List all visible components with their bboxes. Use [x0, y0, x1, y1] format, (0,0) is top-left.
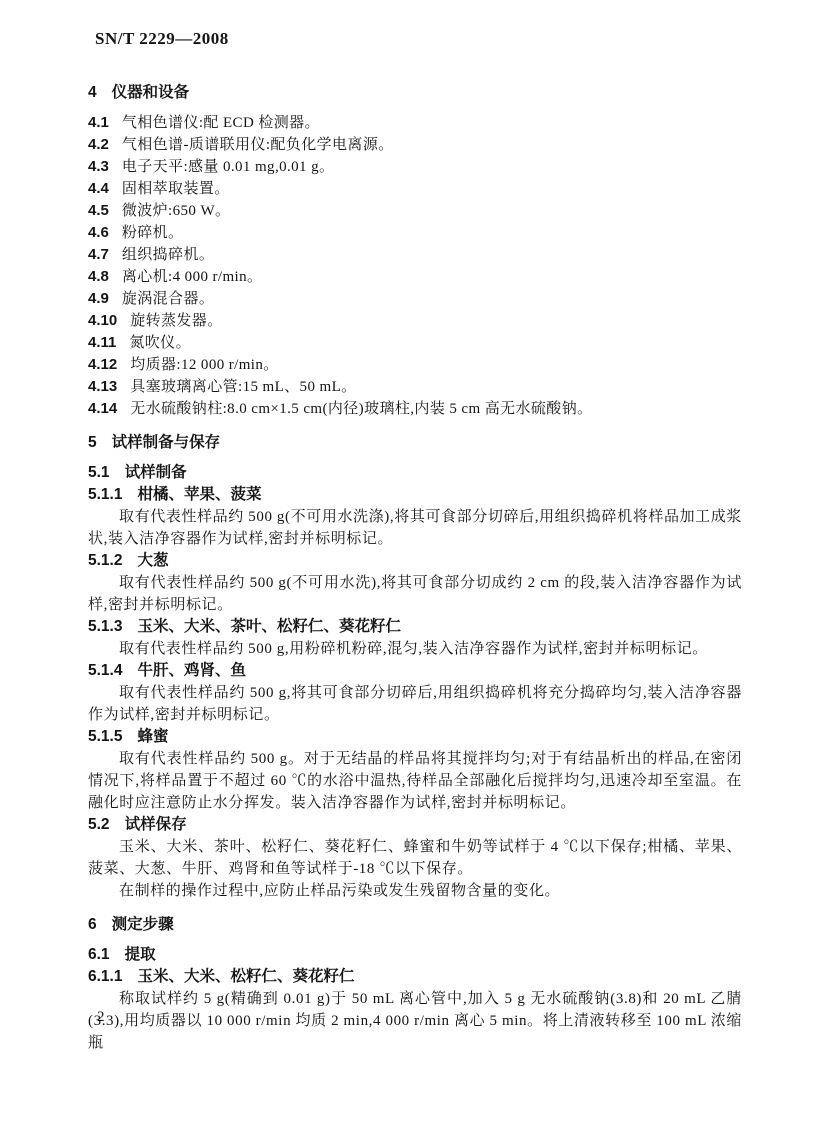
section-5-1-1-paragraph: 取有代表性样品约 500 g(不可用水洗涤),将其可食部分切碎后,用组织捣碎机将… [88, 506, 742, 550]
clause-4-3: 4.3电子天平:感量 0.01 mg,0.01 g。 [88, 156, 742, 178]
clause-4-4-text: 固相萃取装置。 [122, 181, 230, 197]
clause-4-8: 4.8离心机:4 000 r/min。 [88, 266, 742, 288]
clause-4-3-text: 电子天平:感量 0.01 mg,0.01 g。 [122, 159, 335, 175]
clause-4-10: 4.10旋转蒸发器。 [88, 310, 742, 332]
section-5-1-4-title: 牛肝、鸡肾、鱼 [137, 662, 246, 679]
section-5-1-3-title: 玉米、大米、茶叶、松籽仁、葵花籽仁 [137, 618, 401, 635]
section-5-1-3-heading: 5.1.3玉米、大米、茶叶、松籽仁、葵花籽仁 [88, 616, 742, 638]
clause-4-10-text: 旋转蒸发器。 [130, 313, 222, 329]
page-number: 2 [97, 1006, 105, 1028]
section-5-1-3-number: 5.1.3 [88, 618, 122, 635]
clause-4-13-number: 4.13 [88, 378, 117, 395]
section-5-1-1-heading: 5.1.1柑橘、苹果、菠菜 [88, 484, 742, 506]
clause-4-6-number: 4.6 [88, 224, 109, 241]
clause-4-14-text: 无水硫酸钠柱:8.0 cm×1.5 cm(内径)玻璃柱,内装 5 cm 高无水硫… [130, 401, 592, 417]
clause-4-14-number: 4.14 [88, 400, 117, 417]
section-5-heading: 5试样制备与保存 [88, 432, 742, 454]
section-5-1-4-paragraph: 取有代表性样品约 500 g,将其可食部分切碎后,用组织捣碎机将充分捣碎均匀,装… [88, 682, 742, 726]
page-content: SN/T 2229—2008 4仪器和设备 4.1气相色谱仪:配 ECD 检测器… [88, 28, 742, 1054]
clause-4-9: 4.9旋涡混合器。 [88, 288, 742, 310]
section-5-1-4-number: 5.1.4 [88, 662, 122, 679]
section-5-1-number: 5.1 [88, 464, 110, 481]
section-5-1-heading: 5.1试样制备 [88, 462, 742, 484]
clause-4-9-text: 旋涡混合器。 [122, 291, 214, 307]
clause-4-1: 4.1气相色谱仪:配 ECD 检测器。 [88, 112, 742, 134]
doc-number-header: SN/T 2229—2008 [88, 28, 742, 50]
clause-4-6-text: 粉碎机。 [122, 225, 184, 241]
section-5-2-heading: 5.2试样保存 [88, 814, 742, 836]
section-5-1-2-paragraph: 取有代表性样品约 500 g(不可用水洗),将其可食部分切成约 2 cm 的段,… [88, 572, 742, 616]
document-page: SN/T 2229—2008 4仪器和设备 4.1气相色谱仪:配 ECD 检测器… [0, 0, 826, 1122]
section-5-1-5-title: 蜂蜜 [137, 728, 168, 745]
clause-4-11-number: 4.11 [88, 334, 116, 351]
section-5-1-4-heading: 5.1.4牛肝、鸡肾、鱼 [88, 660, 742, 682]
section-5-1-5-number: 5.1.5 [88, 728, 122, 745]
section-6-1-1-heading: 6.1.1玉米、大米、松籽仁、葵花籽仁 [88, 966, 742, 988]
section-6-number: 6 [88, 916, 97, 933]
section-5-number: 5 [88, 434, 97, 451]
clause-4-14: 4.14无水硫酸钠柱:8.0 cm×1.5 cm(内径)玻璃柱,内装 5 cm … [88, 398, 742, 420]
section-5-1-2-number: 5.1.2 [88, 552, 122, 569]
section-5-1-1-number: 5.1.1 [88, 486, 122, 503]
clause-4-12-text: 均质器:12 000 r/min。 [130, 357, 278, 373]
section-5-1-2-title: 大葱 [137, 552, 168, 569]
section-5-1-title: 试样制备 [125, 464, 187, 481]
section-5-1-1-title: 柑橘、苹果、菠菜 [137, 486, 261, 503]
clause-4-13-text: 具塞玻璃离心管:15 mL、50 mL。 [130, 379, 356, 395]
clause-4-11: 4.11氮吹仪。 [88, 332, 742, 354]
clause-4-12-number: 4.12 [88, 356, 117, 373]
clause-4-2-number: 4.2 [88, 136, 109, 153]
clause-4-8-text: 离心机:4 000 r/min。 [122, 269, 263, 285]
clause-4-10-number: 4.10 [88, 312, 117, 329]
section-4-title: 仪器和设备 [112, 84, 190, 101]
clause-4-9-number: 4.9 [88, 290, 109, 307]
section-5-1-5-paragraph: 取有代表性样品约 500 g。对于无结晶的样品将其搅拌均匀;对于有结晶析出的样品… [88, 748, 742, 814]
clause-4-5: 4.5微波炉:650 W。 [88, 200, 742, 222]
section-5-1-2-heading: 5.1.2大葱 [88, 550, 742, 572]
section-5-1-3-paragraph: 取有代表性样品约 500 g,用粉碎机粉碎,混匀,装入洁净容器作为试样,密封并标… [88, 638, 742, 660]
clause-4-13: 4.13具塞玻璃离心管:15 mL、50 mL。 [88, 376, 742, 398]
clause-4-7-text: 组织捣碎机。 [122, 247, 214, 263]
section-5-2-paragraph-2: 在制样的操作过程中,应防止样品污染或发生残留物含量的变化。 [88, 880, 742, 902]
section-5-2-paragraph-1: 玉米、大米、茶叶、松籽仁、葵花籽仁、蜂蜜和牛奶等试样于 4 ℃以下保存;柑橘、苹… [88, 836, 742, 880]
section-6-title: 测定步骤 [112, 916, 174, 933]
clause-4-7-number: 4.7 [88, 246, 109, 263]
clause-4-4: 4.4固相萃取装置。 [88, 178, 742, 200]
clause-4-4-number: 4.4 [88, 180, 109, 197]
clause-4-6: 4.6粉碎机。 [88, 222, 742, 244]
section-5-2-number: 5.2 [88, 816, 110, 833]
clause-4-2: 4.2气相色谱-质谱联用仪:配负化学电离源。 [88, 134, 742, 156]
section-4-heading: 4仪器和设备 [88, 82, 742, 104]
clause-4-3-number: 4.3 [88, 158, 109, 175]
section-6-heading: 6测定步骤 [88, 914, 742, 936]
section-5-title: 试样制备与保存 [112, 434, 221, 451]
section-6-1-heading: 6.1提取 [88, 944, 742, 966]
section-6-1-1-title: 玉米、大米、松籽仁、葵花籽仁 [137, 968, 354, 985]
section-5-1-5-heading: 5.1.5蜂蜜 [88, 726, 742, 748]
section-6-1-title: 提取 [125, 946, 156, 963]
clause-4-8-number: 4.8 [88, 268, 109, 285]
clause-4-7: 4.7组织捣碎机。 [88, 244, 742, 266]
clause-4-5-number: 4.5 [88, 202, 109, 219]
section-4-number: 4 [88, 84, 97, 101]
section-6-1-1-number: 6.1.1 [88, 968, 122, 985]
section-5-2-title: 试样保存 [125, 816, 187, 833]
clause-4-12: 4.12均质器:12 000 r/min。 [88, 354, 742, 376]
clause-4-1-number: 4.1 [88, 114, 109, 131]
clause-4-1-text: 气相色谱仪:配 ECD 检测器。 [122, 115, 320, 131]
clause-4-2-text: 气相色谱-质谱联用仪:配负化学电离源。 [122, 137, 394, 153]
section-6-1-number: 6.1 [88, 946, 110, 963]
section-6-1-1-paragraph: 称取试样约 5 g(精确到 0.01 g)于 50 mL 离心管中,加入 5 g… [88, 988, 742, 1054]
clause-4-11-text: 氮吹仪。 [129, 335, 191, 351]
clause-4-5-text: 微波炉:650 W。 [122, 203, 231, 219]
